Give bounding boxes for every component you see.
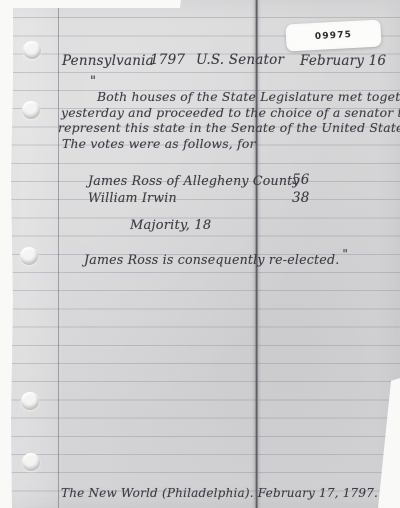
vote-count-1: 56 <box>292 172 310 188</box>
result-text: James Ross is consequently re-elected. <box>84 252 339 267</box>
hole-punch <box>22 101 40 119</box>
opening-quote: " <box>90 74 96 89</box>
body-line-3: represent this state in the Senate of th… <box>58 120 400 135</box>
catalog-sticker: 09975 <box>285 20 381 52</box>
catalog-number: 09975 <box>315 30 353 42</box>
closing-quote: " <box>342 247 348 261</box>
vote-count-2: 38 <box>292 190 310 206</box>
vote-candidate-2: William Irwin <box>88 190 177 205</box>
hole-punch <box>21 392 39 410</box>
title-state: Pennsylvania <box>62 53 154 69</box>
title-office: U.S. Senator <box>196 52 284 68</box>
vote-candidate-1: James Ross of Allegheny County <box>88 173 300 188</box>
body-line-4: The votes were as follows, for <box>62 136 256 151</box>
scanned-document: 09975 Pennsylvania 1797 U.S. Senator Feb… <box>0 0 400 508</box>
note-page: 09975 Pennsylvania 1797 U.S. Senator Feb… <box>0 0 400 508</box>
title-date: February 16 <box>300 53 386 69</box>
hole-punch <box>23 41 41 59</box>
title-year: 1797 <box>150 52 185 68</box>
body-line-1: Both houses of the State Legislature met… <box>97 89 400 104</box>
majority-line: Majority, 18 <box>130 218 211 233</box>
margin-rule-line <box>58 0 59 508</box>
citation-line: The New World (Philadelphia). February 1… <box>61 486 378 500</box>
result-line: James Ross is consequently re-elected." <box>84 252 348 267</box>
hole-punch <box>22 453 40 471</box>
hole-punch <box>20 247 38 265</box>
body-line-2: yesterday and proceeded to the choice of… <box>61 105 400 120</box>
